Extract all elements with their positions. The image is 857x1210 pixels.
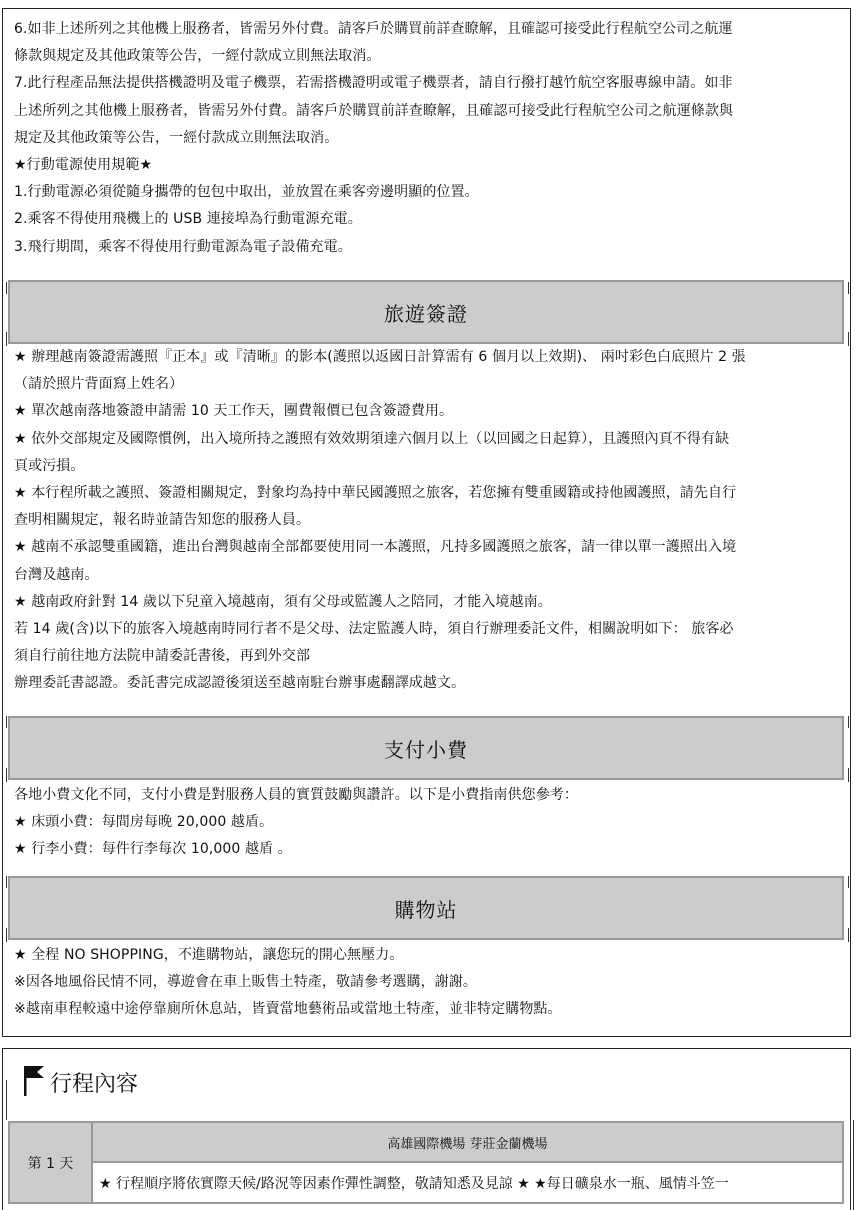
divider (6, 876, 7, 888)
visa-line: ★ 依外交部規定及國際慣例，出入境所持之護照有效效期須達六個月以上（以回國之日起… (14, 426, 839, 453)
shopping-line: ★ 全程 NO SHOPPING，不進購物站，讓您玩的開心無壓力。 (14, 942, 839, 969)
shopping-line: ※越南車程較遠中途停靠廁所休息站，皆賣當地藝術品或當地土特產，並非特定購物點。 (14, 996, 839, 1023)
section-header-visa: 旅遊簽證 (8, 280, 844, 344)
visa-line: 台灣及越南。 (14, 562, 839, 589)
tipping-line: 各地小費文化不同，支付小費是對服務人員的實質鼓勵與讚許。以下是小費指南供您參考： (14, 782, 839, 809)
divider (6, 1080, 7, 1120)
power-bank-rules-heading: ★行動電源使用規範★ (14, 152, 839, 179)
section-title: 購物站 (395, 894, 458, 923)
shopping-content: ★ 全程 NO SHOPPING，不進購物站，讓您玩的開心無壓力。 ※因各地風俗… (14, 942, 839, 1024)
day-label: 第 1 天 (10, 1123, 93, 1202)
flag-icon (22, 1066, 48, 1094)
note-line: 2.乘客不得使用飛機上的 USB 連接埠為行動電源充電。 (14, 206, 839, 233)
tipping-line: ★ 行李小費：每件行李每次 10,000 越盾 。 (14, 836, 839, 863)
section-title: 旅遊簽證 (384, 298, 468, 327)
day-1-table: 第 1 天 高雄國際機場 芽莊金蘭機場 ★ 行程順序將依實際天候/路況等因素作彈… (8, 1121, 844, 1204)
divider (853, 1120, 854, 1210)
divider (848, 928, 849, 942)
section-header-shopping: 購物站 (8, 876, 844, 940)
visa-line: ★ 單次越南落地簽證申請需 10 天工作天，團費報價已包含簽證費用。 (14, 398, 839, 425)
day-details: 高雄國際機場 芽莊金蘭機場 ★ 行程順序將依實際天候/路況等因素作彈性調整，敬請… (93, 1123, 842, 1202)
note-line: 條款與規定及其他政策等公告，一經付款成立則無法取消。 (14, 43, 839, 70)
visa-line: 辦理委託書認證。委託書完成認證後須送至越南駐台辦事處翻譯成越文。 (14, 670, 839, 697)
visa-line: ★ 越南不承認雙重國籍，進出台灣與越南全部都要使用同一本護照，凡持多國護照之旅客… (14, 534, 839, 561)
divider (6, 716, 7, 728)
divider (848, 282, 849, 294)
divider (848, 332, 849, 346)
tipping-line: ★ 床頭小費：每間房每晚 20,000 越盾。 (14, 809, 839, 836)
divider (6, 282, 7, 294)
divider (6, 332, 7, 346)
day-note: ★ 行程順序將依實際天候/路況等因素作彈性調整，敬請知悉及見諒 ★ ★每日礦泉水… (93, 1163, 842, 1202)
day-route: 高雄國際機場 芽莊金蘭機場 (93, 1123, 842, 1163)
note-line: 1.行動電源必須從隨身攜帶的包包中取出，並放置在乘客旁邊明顯的位置。 (14, 179, 839, 206)
divider (850, 1120, 851, 1150)
shopping-line: ※因各地風俗民情不同，導遊會在車上販售土特產，敬請參考選購，謝謝。 (14, 969, 839, 996)
divider (6, 928, 7, 942)
visa-line: ★ 辦理越南簽證需護照『正本』或『清晰』的影本(護照以返國日計算需有 6 個月以… (14, 344, 839, 371)
itinerary-title: 行程內容 (50, 1067, 138, 1098)
section-header-tipping: 支付小費 (8, 716, 844, 780)
visa-line: （請於照片背面寫上姓名） (14, 371, 839, 398)
visa-line: 頁或污損。 (14, 453, 839, 480)
visa-content: ★ 辦理越南簽證需護照『正本』或『清晰』的影本(護照以返國日計算需有 6 個月以… (14, 344, 839, 698)
divider (848, 716, 849, 728)
note-line: 3.飛行期間，乘客不得使用行動電源為電子設備充電。 (14, 234, 839, 261)
section-title: 支付小費 (384, 734, 468, 763)
note-line: 上述所列之其他機上服務者，皆需另外付費。請客戶於購買前詳查瞭解，且確認可接受此行… (14, 98, 839, 125)
divider (6, 768, 7, 782)
divider (848, 876, 849, 888)
visa-line: ★ 越南政府針對 14 歲以下兒童入境越南，須有父母或監護人之陪同，才能入境越南… (14, 589, 839, 616)
tipping-content: 各地小費文化不同，支付小費是對服務人員的實質鼓勵與讚許。以下是小費指南供您參考：… (14, 782, 839, 864)
visa-line: 查明相關規定，報名時並請告知您的服務人員。 (14, 507, 839, 534)
visa-line: 若 14 歲(含)以下的旅客入境越南時同行者不是父母、法定監護人時，須自行辦理委… (14, 616, 839, 643)
note-line: 7.此行程產品無法提供搭機證明及電子機票，若需搭機證明或電子機票者，請自行撥打越… (14, 70, 839, 97)
note-line: 6.如非上述所列之其他機上服務者，皆需另外付費。請客戶於購買前詳查瞭解，且確認可… (14, 16, 839, 43)
flight-notes: 6.如非上述所列之其他機上服務者，皆需另外付費。請客戶於購買前詳查瞭解，且確認可… (14, 16, 839, 261)
visa-line: ★ 本行程所載之護照、簽證相關規定，對象均為持中華民國護照之旅客，若您擁有雙重國… (14, 480, 839, 507)
visa-line: 須自行前往地方法院申請委託書後，再到外交部 (14, 643, 839, 670)
divider (848, 768, 849, 782)
itinerary-heading: 行程內容 (22, 1066, 138, 1094)
note-line: 規定及其他政策等公告，一經付款成立則無法取消。 (14, 125, 839, 152)
